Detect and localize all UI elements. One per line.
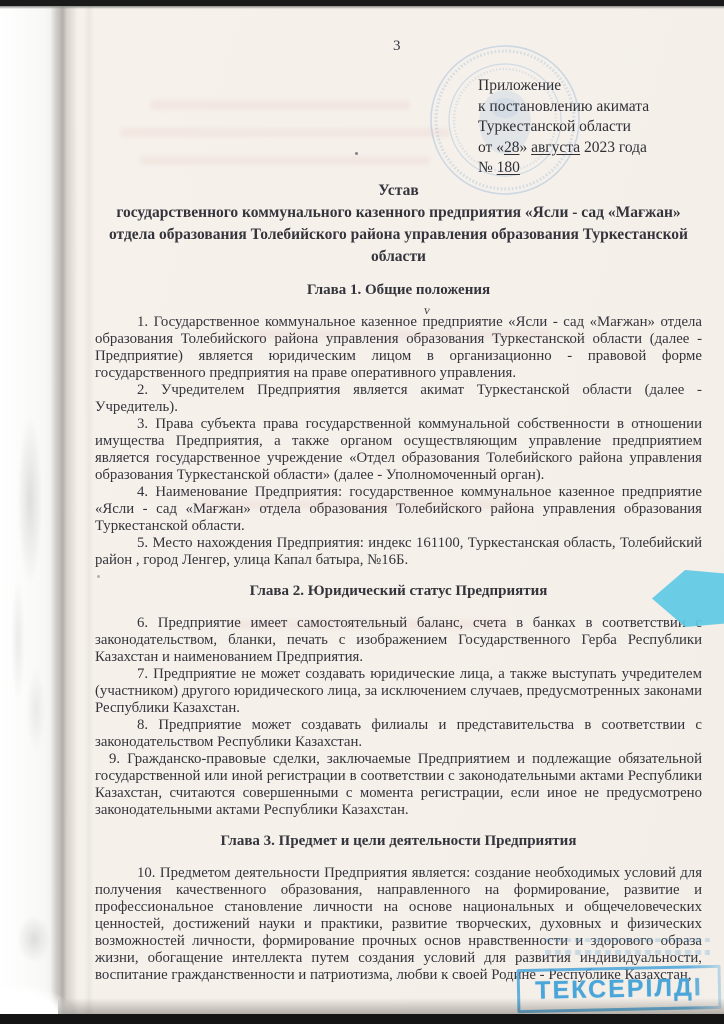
document-title: Устав bbox=[95, 180, 702, 202]
page-number: 3 bbox=[393, 38, 401, 55]
charter-body: Глава 1. Общие положения1. Государственн… bbox=[95, 282, 702, 984]
bleed-through bbox=[120, 128, 450, 137]
page-edge-shadow bbox=[50, 6, 78, 1014]
charter-paragraph: 7. Предприятие не может создавать юридич… bbox=[95, 666, 702, 717]
charter-paragraph: 3. Права субъекта права государственной … bbox=[95, 416, 702, 484]
document-subtitle: государственного коммунального казенного… bbox=[95, 202, 702, 268]
charter-paragraph: 6. Предприятие имеет самостоятельный бал… bbox=[95, 615, 702, 666]
charter-paragraph: 4. Наименование Предприятия: государстве… bbox=[95, 484, 702, 535]
scan-artifact-dot bbox=[355, 152, 358, 155]
appendix-number: 180 bbox=[497, 159, 520, 176]
scan-smudges bbox=[0, 380, 55, 800]
scan-bottom-border bbox=[0, 1014, 724, 1024]
appendix-number-line: № 180 bbox=[478, 158, 714, 179]
chapter-heading: Глава 2. Юридический статус Предприятия bbox=[95, 583, 702, 600]
faded-stamp-text bbox=[545, 938, 710, 964]
charter-paragraph: 9. Гражданско-правовые сделки, заключаем… bbox=[95, 751, 702, 819]
scanned-document-page: 3 Приложение к постановлению акимата Тур… bbox=[0, 0, 724, 1024]
appendix-line: Приложение bbox=[478, 76, 714, 97]
appendix-line: к постановлению акимата bbox=[478, 97, 714, 118]
bleed-through bbox=[150, 100, 410, 110]
charter-paragraph: 8. Предприятие может создавать филиалы и… bbox=[95, 717, 702, 751]
appendix-block: Приложение к постановлению акимата Турке… bbox=[478, 76, 714, 179]
bleed-through bbox=[140, 156, 430, 165]
appendix-date-line: от «28» августа 2023 года bbox=[478, 138, 714, 159]
charter-paragraph: 10. Предметом деятельности Предприятия я… bbox=[95, 865, 702, 984]
charter-paragraph: 2. Учредителем Предприятия является аким… bbox=[95, 382, 702, 416]
charter-paragraph: 1. Государственное коммунальное казенное… bbox=[95, 314, 702, 382]
scan-top-border-soft bbox=[0, 6, 724, 9]
page-crease bbox=[84, 6, 94, 1014]
chapter-heading: Глава 3. Предмет и цели деятельности Пре… bbox=[95, 833, 702, 850]
scan-artifact-dot bbox=[97, 575, 100, 578]
appendix-date-day: 28 bbox=[504, 139, 520, 156]
page-bottom-shadow bbox=[58, 998, 724, 1014]
charter-paragraph: 5. Место нахождения Предприятия: индекс … bbox=[95, 535, 702, 569]
appendix-line: Туркестанской области bbox=[478, 117, 714, 138]
chapter-heading: Глава 1. Общие положения bbox=[95, 282, 702, 299]
charter-document: Устав государственного коммунального каз… bbox=[95, 180, 702, 984]
appendix-date-month: августа bbox=[531, 139, 580, 156]
